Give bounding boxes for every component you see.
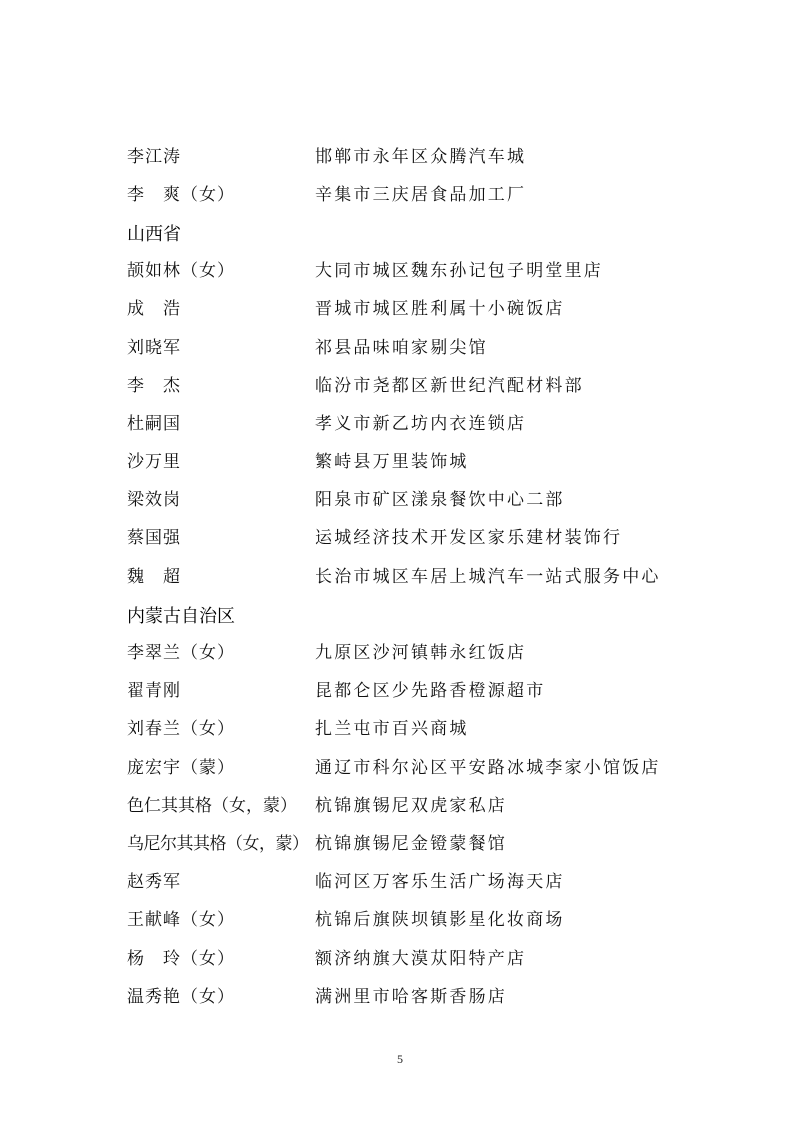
section-heading-shanxi: 山西省 <box>127 214 687 252</box>
list-item: 刘晓军 祁县品味咱家剔尖馆 <box>127 329 687 367</box>
person-name: 颉如林（女） <box>127 263 315 280</box>
organization-name: 孝义市新乙坊内衣连锁店 <box>315 416 526 433</box>
person-name: 魏 超 <box>127 569 315 586</box>
person-name: 李翠兰（女） <box>127 645 315 662</box>
person-name: 色仁其其格（女，蒙） <box>127 798 315 815</box>
list-item: 杨 玲（女） 额济纳旗大漠苁阳特产店 <box>127 940 687 978</box>
organization-name: 邯郸市永年区众腾汽车城 <box>315 149 526 166</box>
person-name: 李 爽（女） <box>127 187 315 204</box>
person-name: 刘春兰（女） <box>127 721 315 738</box>
person-name: 温秀艳（女） <box>127 989 315 1006</box>
person-name: 李 杰 <box>127 378 315 395</box>
organization-name: 杭锦旗锡尼双虎家私店 <box>315 798 507 815</box>
person-name: 李江涛 <box>127 149 315 166</box>
list-item: 翟青刚 昆都仑区少先路香橙源超市 <box>127 673 687 711</box>
organization-name: 扎兰屯市百兴商城 <box>315 721 469 738</box>
organization-name: 阳泉市矿区漾泉餐饮中心二部 <box>315 492 565 509</box>
list-item: 李江涛 邯郸市永年区众腾汽车城 <box>127 138 687 176</box>
organization-name: 满洲里市哈客斯香肠店 <box>315 989 507 1006</box>
organization-name: 昆都仑区少先路香橙源超市 <box>315 683 545 700</box>
person-name: 梁效岗 <box>127 492 315 509</box>
organization-name: 九原区沙河镇韩永红饭店 <box>315 645 526 662</box>
organization-name: 大同市城区魏东孙记包子明堂里店 <box>315 263 603 280</box>
list-item: 颉如林（女） 大同市城区魏东孙记包子明堂里店 <box>127 253 687 291</box>
organization-name: 晋城市城区胜利属十小碗饭店 <box>315 301 565 318</box>
organization-name: 杭锦后旗陕坝镇影星化妆商场 <box>315 912 565 929</box>
list-item: 温秀艳（女） 满洲里市哈客斯香肠店 <box>127 978 687 1016</box>
person-name: 乌尼尔其其格（女，蒙） <box>127 836 315 853</box>
document-body: 李江涛 邯郸市永年区众腾汽车城 李 爽（女） 辛集市三庆居食品加工厂 山西省 颉… <box>127 138 687 1016</box>
person-name: 王献峰（女） <box>127 912 315 929</box>
person-name: 蔡国强 <box>127 530 315 547</box>
organization-name: 长治市城区车居上城汽车一站式服务中心 <box>315 569 661 586</box>
list-item: 沙万里 繁峙县万里装饰城 <box>127 444 687 482</box>
list-item: 魏 超 长治市城区车居上城汽车一站式服务中心 <box>127 558 687 596</box>
list-item: 赵秀军 临河区万客乐生活广场海天店 <box>127 864 687 902</box>
page-number: 5 <box>0 1052 800 1067</box>
organization-name: 通辽市科尔沁区平安路冰城李家小馆饭店 <box>315 760 661 777</box>
organization-name: 临河区万客乐生活广场海天店 <box>315 874 565 891</box>
list-item: 李 杰 临汾市尧都区新世纪汽配材料部 <box>127 367 687 405</box>
organization-name: 繁峙县万里装饰城 <box>315 454 469 471</box>
list-item: 梁效岗 阳泉市矿区漾泉餐饮中心二部 <box>127 482 687 520</box>
person-name: 杨 玲（女） <box>127 951 315 968</box>
organization-name: 杭锦旗锡尼金镫蒙餐馆 <box>315 836 507 853</box>
person-name: 成 浩 <box>127 301 315 318</box>
person-name: 沙万里 <box>127 454 315 471</box>
list-item: 乌尼尔其其格（女，蒙） 杭锦旗锡尼金镫蒙餐馆 <box>127 825 687 863</box>
person-name: 杜嗣国 <box>127 416 315 433</box>
section-heading-inner-mongolia: 内蒙古自治区 <box>127 596 687 634</box>
list-item: 色仁其其格（女，蒙） 杭锦旗锡尼双虎家私店 <box>127 787 687 825</box>
organization-name: 辛集市三庆居食品加工厂 <box>315 187 526 204</box>
list-item: 刘春兰（女） 扎兰屯市百兴商城 <box>127 711 687 749</box>
list-item: 蔡国强 运城经济技术开发区家乐建材装饰行 <box>127 520 687 558</box>
person-name: 赵秀军 <box>127 874 315 891</box>
person-name: 翟青刚 <box>127 683 315 700</box>
list-item: 王献峰（女） 杭锦后旗陕坝镇影星化妆商场 <box>127 902 687 940</box>
list-item: 成 浩 晋城市城区胜利属十小碗饭店 <box>127 291 687 329</box>
person-name: 刘晓军 <box>127 340 315 357</box>
list-item: 杜嗣国 孝义市新乙坊内衣连锁店 <box>127 405 687 443</box>
organization-name: 运城经济技术开发区家乐建材装饰行 <box>315 530 622 547</box>
organization-name: 祁县品味咱家剔尖馆 <box>315 340 488 357</box>
organization-name: 临汾市尧都区新世纪汽配材料部 <box>315 378 584 395</box>
list-item: 李翠兰（女） 九原区沙河镇韩永红饭店 <box>127 634 687 672</box>
list-item: 李 爽（女） 辛集市三庆居食品加工厂 <box>127 176 687 214</box>
person-name: 庞宏宇（蒙） <box>127 760 315 777</box>
organization-name: 额济纳旗大漠苁阳特产店 <box>315 951 526 968</box>
list-item: 庞宏宇（蒙） 通辽市科尔沁区平安路冰城李家小馆饭店 <box>127 749 687 787</box>
